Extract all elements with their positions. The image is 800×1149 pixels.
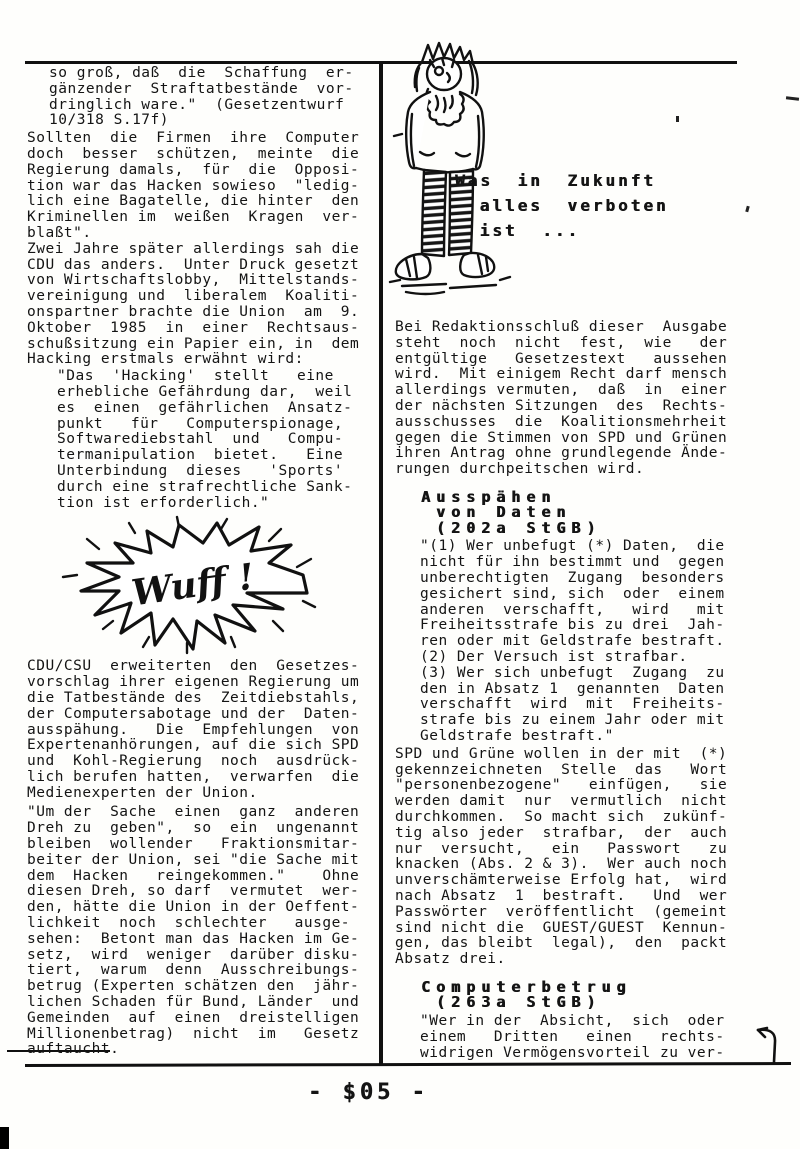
paragraph-cdu: Zwei Jahre später allerdings sah dieCDU … — [27, 242, 375, 368]
section-heading-202a: Ausspähen von Daten (202a StGB) — [421, 490, 777, 537]
wuff-burst-drawing: Wuff ! — [59, 515, 327, 657]
section-heading-263a: Computerbetrug (263a StGB) — [421, 980, 777, 1011]
headline-verboten: Was in Zukunft alles verboten ist ... — [455, 168, 669, 243]
corner-blob — [0, 1127, 9, 1149]
zine-page: so groß, daß die Schaffung er-gänzender … — [0, 0, 800, 1149]
column-divider — [379, 62, 383, 1066]
paragraph-spd-gruene: SPD und Grüne wollen in der mit (*)geken… — [395, 747, 777, 968]
paragraph-dreh: "Um der Sache einen ganz anderenDreh zu … — [27, 805, 375, 1058]
bottom-rule — [25, 1062, 791, 1067]
scan-speck — [745, 206, 749, 213]
continued-quote: so groß, daß die Schaffung er-gänzender … — [49, 66, 375, 129]
paragraph-firmen: Sollten die Firmen ihre Computerdoch bes… — [27, 131, 375, 242]
right-column: Bei Redaktionsschluß dieser Ausgabesteht… — [395, 320, 777, 1061]
hacking-quote: "Das 'Hacking' stellt eineerhebliche Gef… — [57, 369, 375, 511]
scan-speck — [676, 116, 679, 122]
page-number: - $05 - — [308, 1080, 429, 1105]
left-column: so groß, daß die Schaffung er-gänzender … — [27, 66, 375, 1058]
law-quote-263a: "Wer in der Absicht, sich odereinem Drit… — [420, 1014, 777, 1061]
law-quote-202a: "(1) Wer unbefugt (*) Daten, dienicht fü… — [420, 539, 777, 744]
paragraph-cducsu: CDU/CSU erweiterten den Gesetzes-vorschl… — [27, 659, 375, 801]
wuff-burst: Wuff ! — [59, 515, 375, 657]
paragraph-redaktionsschluss: Bei Redaktionsschluß dieser Ausgabesteht… — [395, 320, 777, 478]
edge-mark — [786, 96, 799, 101]
continuation-arrow-icon — [752, 1026, 780, 1068]
